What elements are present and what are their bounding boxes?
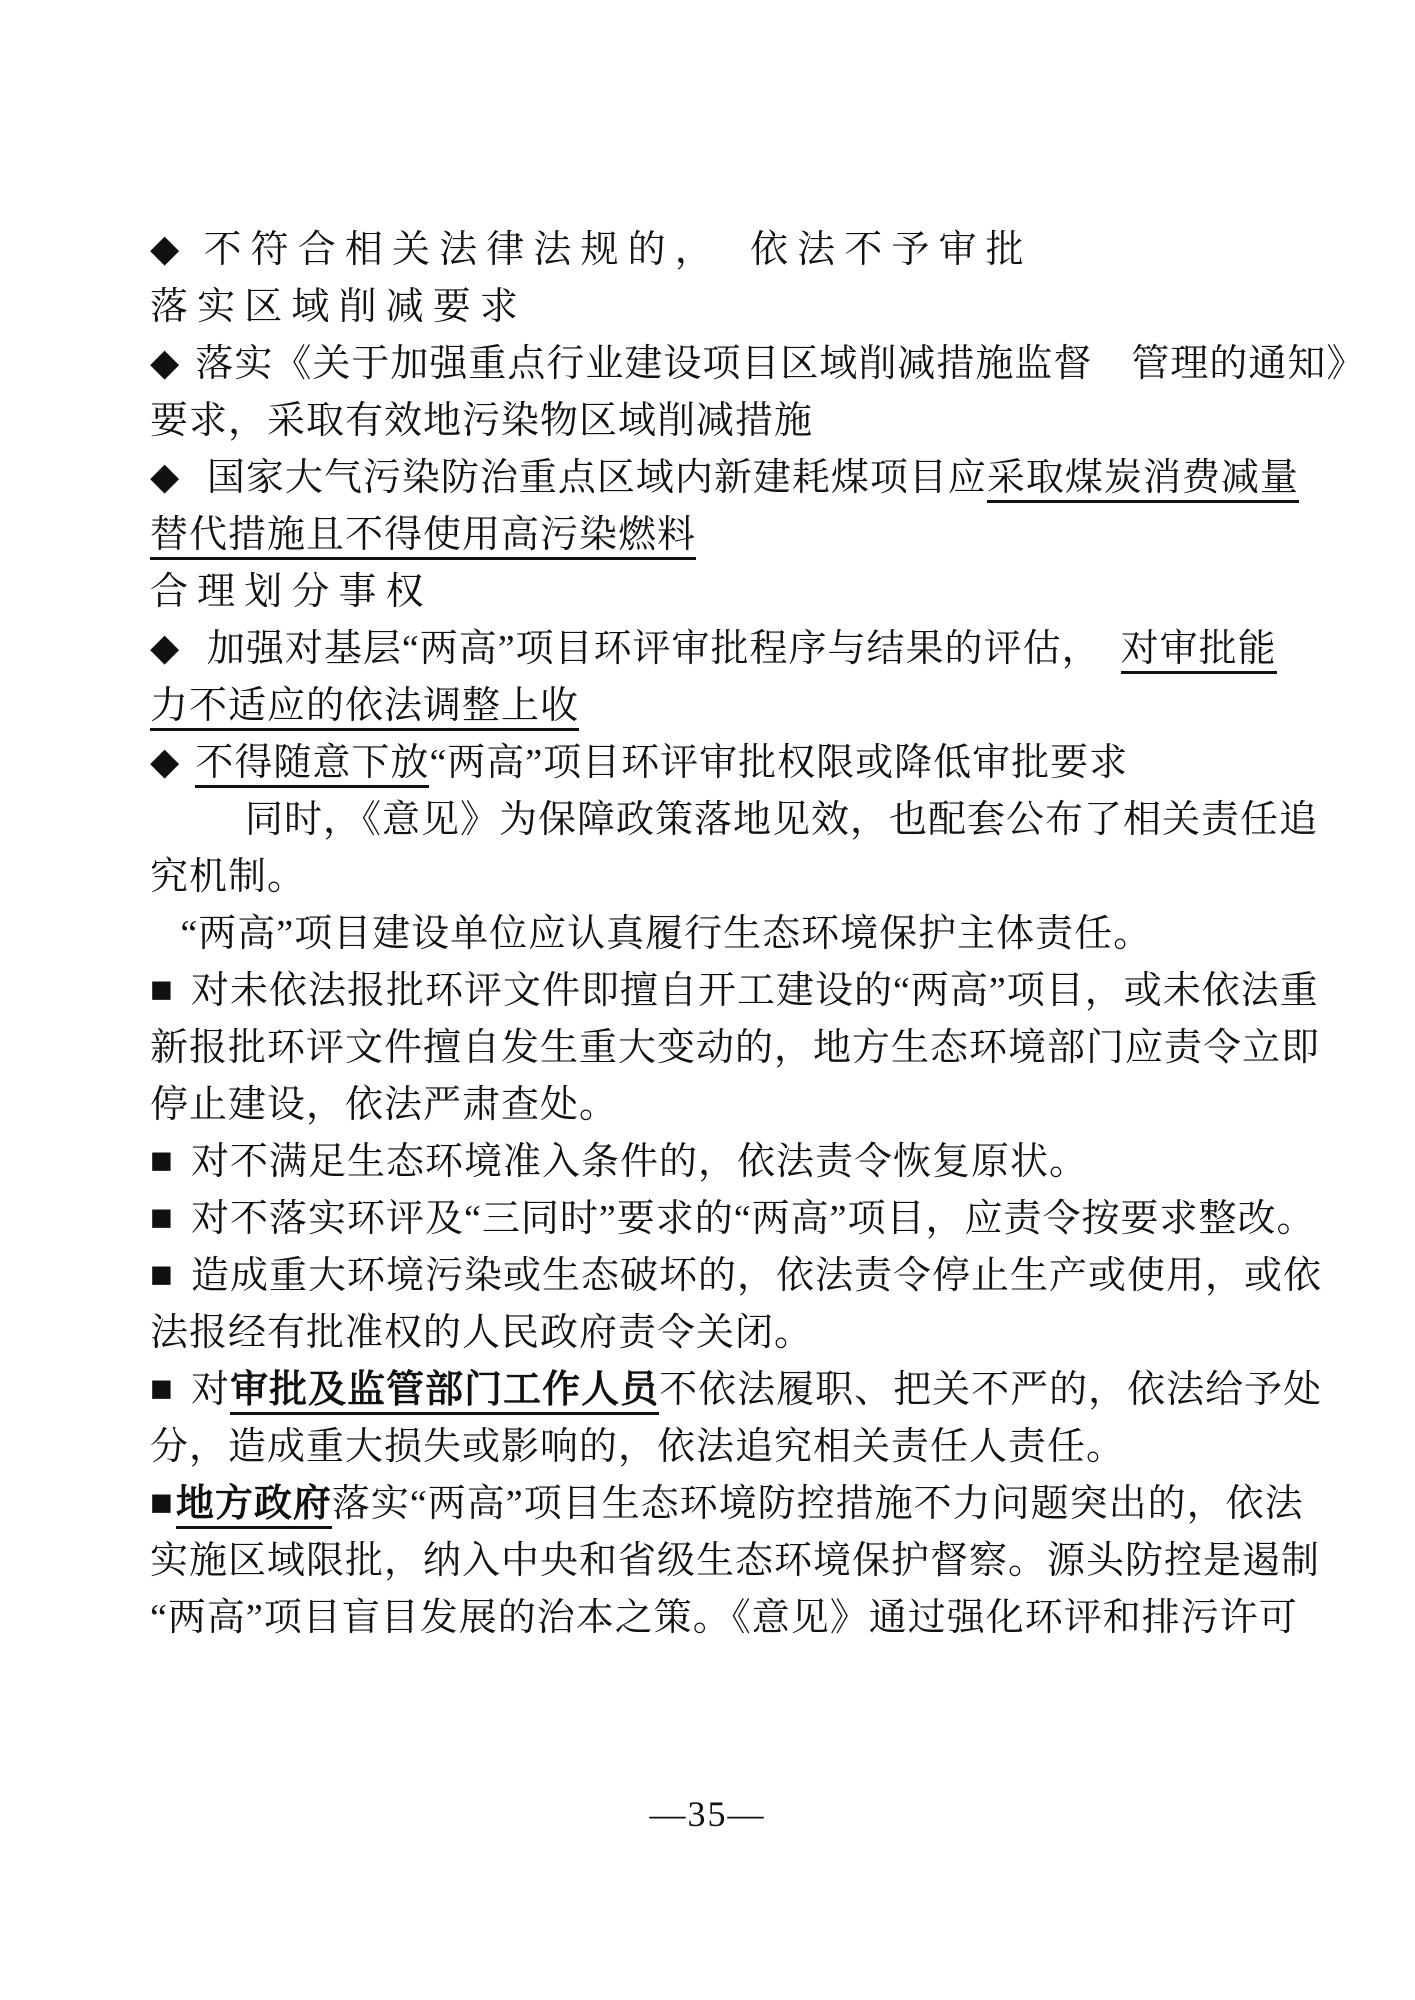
text-segment: 落实“两高”项目生态环境防控措施不力问题突出的，依法: [332, 1483, 1304, 1525]
text-line: 合理划分事权: [150, 564, 1285, 621]
text-line: ◆落实《关于加强重点行业建设项目区域削减措施监督 管理的通知》: [150, 336, 1285, 393]
text-segment: 造成重大环境污染或生态破坏的，依法责令停止生产或使用，或依: [191, 1255, 1322, 1297]
text-segment: “两高”项目盲目发展的治本之策。《意见》通过强化环评和排污许可: [150, 1597, 1298, 1639]
square-bullet-icon: ■: [150, 1247, 174, 1304]
text-line: 法报经有批准权的人民政府责令关闭。: [150, 1305, 1285, 1362]
text-segment: 停止建设，依法严肃查处。: [150, 1084, 618, 1126]
text-line: 停止建设，依法严肃查处。: [150, 1077, 1285, 1134]
text-segment: 对未依法报批环评文件即擅自开工建设的“两高”项目，或未依法重: [191, 970, 1319, 1012]
text-segment: 对不满足生态环境准入条件的，依法责令恢复原状。: [191, 1141, 1088, 1183]
diamond-bullet-icon: ◆: [150, 449, 180, 506]
diamond-bullet-icon: ◆: [150, 734, 180, 791]
text-segment: 加强对基层“两高”项目环评审批程序与结果的评估，: [207, 628, 1121, 670]
text-segment: 国家大气污染防治重点区域内新建耗煤项目应: [207, 457, 987, 499]
diamond-bullet-icon: ◆: [150, 620, 180, 677]
text-segment: 不依法履职、把关不严的，依法给予处: [659, 1369, 1322, 1411]
text-segment: 合理划分事权: [150, 571, 433, 613]
text-segment: 力不适应的依法调整上收: [150, 685, 579, 731]
text-segment: “两高”项目环评审批权限或降低审批要求: [429, 742, 1128, 784]
text-segment: 同时，《意见》为保障政策落地见效，也配套公布了相关责任追: [245, 799, 1318, 841]
text-segment: 分，造成重大损失或影响的，依法追究相关责任人责任。: [150, 1426, 1125, 1468]
text-segment: 要求，采取有效地污染物区域削减措施: [150, 400, 813, 442]
square-bullet-icon: ■: [150, 1475, 174, 1532]
document-body: ◆不符合相关法律法规的， 依法不予审批落实区域削减要求◆落实《关于加强重点行业建…: [150, 222, 1285, 1647]
text-segment: 落实《关于加强重点行业建设项目区域削减措施监督 管理的通知》: [195, 343, 1365, 385]
text-line: ■地方政府落实“两高”项目生态环境防控措施不力问题突出的，依法: [150, 1476, 1285, 1533]
diamond-bullet-icon: ◆: [150, 335, 180, 392]
text-segment: 法报经有批准权的人民政府责令关闭。: [150, 1312, 813, 1354]
text-line: ◆不符合相关法律法规的， 依法不予审批: [150, 222, 1285, 279]
document-page: ◆不符合相关法律法规的， 依法不予审批落实区域削减要求◆落实《关于加强重点行业建…: [0, 0, 1415, 2000]
text-segment: 替代措施且不得使用高污染燃料: [150, 514, 696, 560]
text-segment: 不得随意下放: [195, 742, 429, 788]
text-segment: 采取煤炭消费减量: [987, 457, 1299, 503]
text-segment: 新报批环评文件擅自发生重大变动的，地方生态环境部门应责令立即: [150, 1027, 1320, 1069]
text-line: ■对不落实环评及“三同时”要求的“两高”项目，应责令按要求整改。: [150, 1191, 1285, 1248]
text-line: ■造成重大环境污染或生态破坏的，依法责令停止生产或使用，或依: [150, 1248, 1285, 1305]
text-segment: 对: [191, 1369, 230, 1411]
text-segment: 究机制。: [150, 856, 306, 898]
page-number: —35—: [0, 1793, 1415, 1835]
square-bullet-icon: ■: [150, 1190, 174, 1247]
text-line: 同时，《意见》为保障政策落地见效，也配套公布了相关责任追: [150, 792, 1285, 849]
text-line: ◆国家大气污染防治重点区域内新建耗煤项目应采取煤炭消费减量: [150, 450, 1285, 507]
text-segment: “两高”项目建设单位应认真履行生态环境保护主体责任。: [180, 913, 1152, 955]
text-line: ■对审批及监管部门工作人员不依法履职、把关不严的，依法给予处: [150, 1362, 1285, 1419]
text-line: “两高”项目盲目发展的治本之策。《意见》通过强化环评和排污许可: [150, 1590, 1285, 1647]
text-line: 替代措施且不得使用高污染燃料: [150, 507, 1285, 564]
text-line: ■对不满足生态环境准入条件的，依法责令恢复原状。: [150, 1134, 1285, 1191]
text-segment: 落实区域削减要求: [150, 286, 527, 328]
square-bullet-icon: ■: [150, 962, 174, 1019]
text-line: 新报批环评文件擅自发生重大变动的，地方生态环境部门应责令立即: [150, 1020, 1285, 1077]
text-line: ◆不得随意下放“两高”项目环评审批权限或降低审批要求: [150, 735, 1285, 792]
square-bullet-icon: ■: [150, 1361, 174, 1418]
text-line: 究机制。: [150, 849, 1285, 906]
text-line: ◆加强对基层“两高”项目环评审批程序与结果的评估， 对审批能: [150, 621, 1285, 678]
text-segment: 对审批能: [1121, 628, 1277, 674]
text-line: 要求，采取有效地污染物区域削减措施: [150, 393, 1285, 450]
text-line: 分，造成重大损失或影响的，依法追究相关责任人责任。: [150, 1419, 1285, 1476]
text-line: “两高”项目建设单位应认真履行生态环境保护主体责任。: [150, 906, 1285, 963]
square-bullet-icon: ■: [150, 1133, 174, 1190]
text-line: 实施区域限批，纳入中央和省级生态环境保护督察。源头防控是遏制: [150, 1533, 1285, 1590]
text-segment: 对不落实环评及“三同时”要求的“两高”项目，应责令按要求整改。: [191, 1198, 1315, 1240]
text-line: 落实区域削减要求: [150, 279, 1285, 336]
text-segment: 地方政府: [176, 1483, 332, 1529]
text-segment: 不符合相关法律法规的， 依法不予审批: [204, 229, 1033, 271]
text-line: 力不适应的依法调整上收: [150, 678, 1285, 735]
text-segment: 实施区域限批，纳入中央和省级生态环境保护督察。源头防控是遏制: [150, 1540, 1320, 1582]
text-line: ■对未依法报批环评文件即擅自开工建设的“两高”项目，或未依法重: [150, 963, 1285, 1020]
diamond-bullet-icon: ◆: [150, 221, 188, 278]
text-segment: 审批及监管部门工作人员: [230, 1369, 659, 1415]
